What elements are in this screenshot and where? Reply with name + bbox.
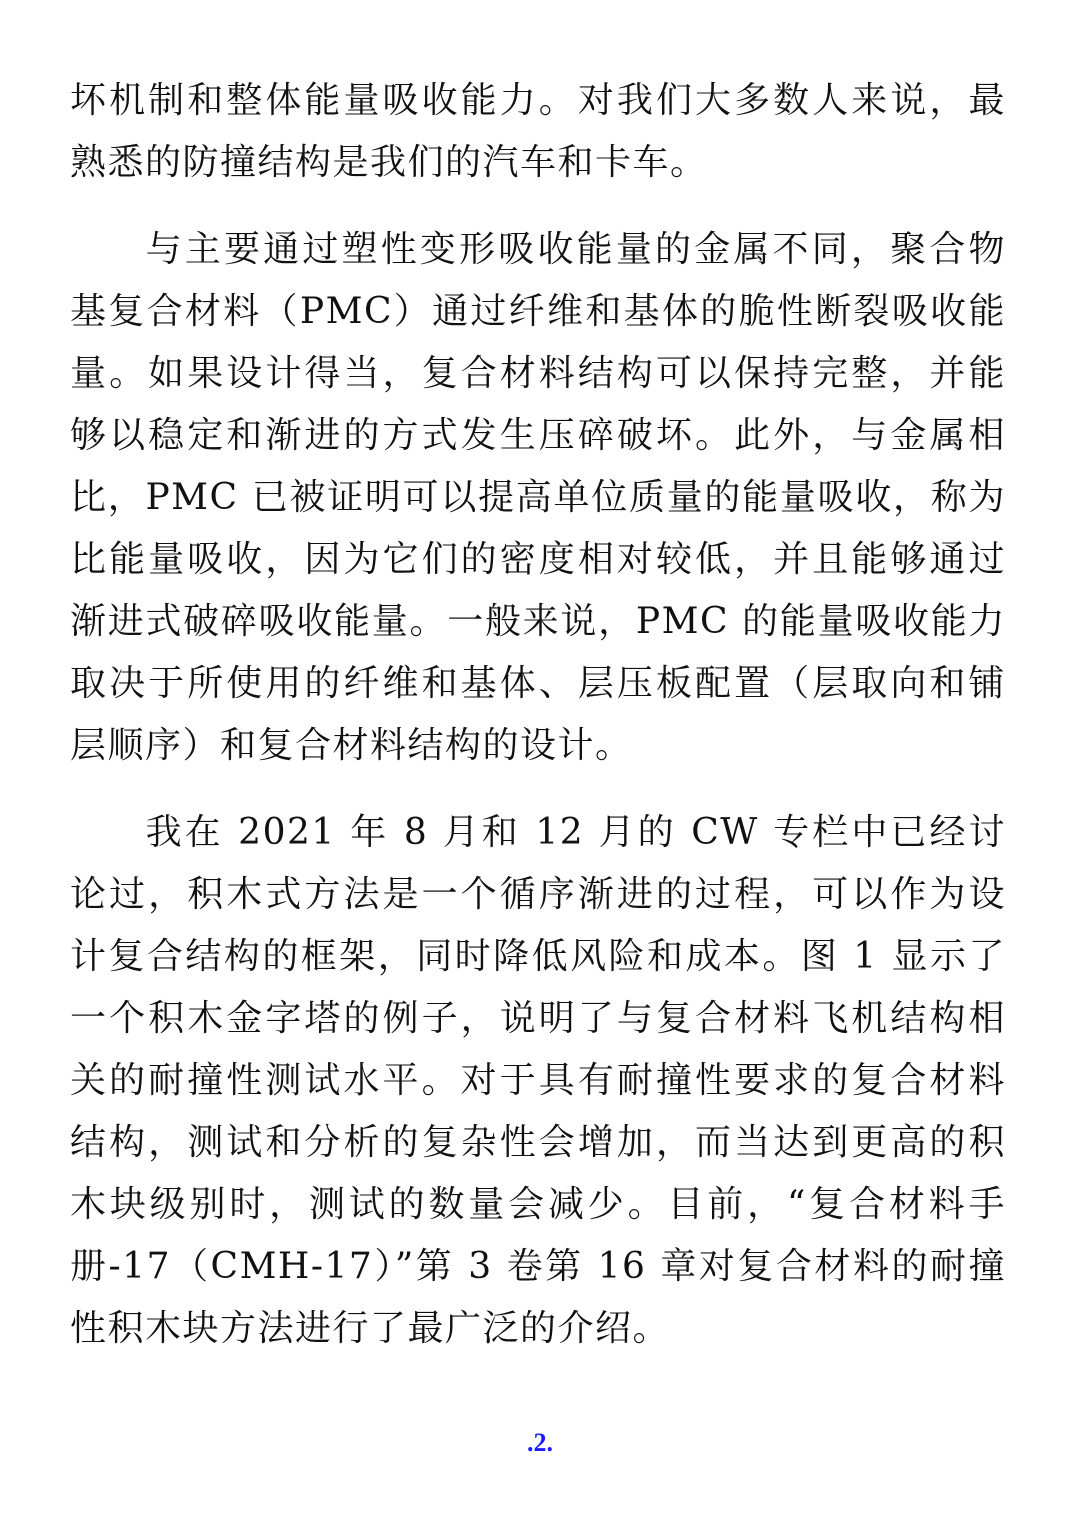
paragraph-pmc-energy-absorption: 与主要通过塑性变形吸收能量的金属不同，聚合物基复合材料（PMC）通过纤维和基体的… — [70, 219, 1006, 777]
page-number: .2. — [0, 1428, 1080, 1458]
paragraph-continued-crashworthiness-intro: 坏机制和整体能量吸收能力。对我们大多数人来说，最熟悉的防撞结构是我们的汽车和卡车… — [70, 70, 1006, 194]
paragraph-building-block-approach: 我在 2021 年 8 月和 12 月的 CW 专栏中已经讨论过，积木式方法是一… — [70, 802, 1006, 1360]
document-body: 坏机制和整体能量吸收能力。对我们大多数人来说，最熟悉的防撞结构是我们的汽车和卡车… — [70, 70, 1006, 1385]
